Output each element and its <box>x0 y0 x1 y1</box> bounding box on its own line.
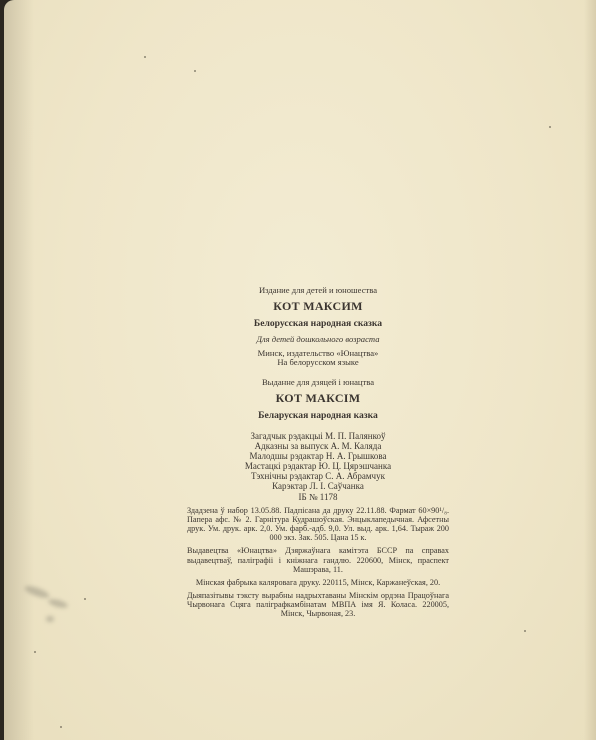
paper-speck <box>144 56 146 58</box>
book-page: Издание для детей и юношества КОТ МАКСИМ… <box>4 0 596 740</box>
page-edge-shadow-right <box>584 0 596 740</box>
colophon: Издание для детей и юношества КОТ МАКСИМ… <box>187 286 449 619</box>
color-printer: Мінская фабрыка каляровага друку. 220115… <box>187 578 449 587</box>
paper-speck <box>34 651 36 653</box>
ink-smudge <box>47 598 68 610</box>
belarusian-imprint: Выданне для дзяцей і юнацтва КОТ МАКСІМ … <box>187 378 449 421</box>
book-subtitle-be: Беларуская народная казка <box>187 410 449 421</box>
paper-speck <box>549 126 551 128</box>
paper-speck <box>524 630 526 632</box>
credit-line: Адказны за выпуск А. М. Каляда <box>187 441 449 451</box>
publisher-address: Выдавецтва «Юнацтва» Дзяржаўнага камітэт… <box>187 546 449 574</box>
print-details: Здадзена ў набор 13.05.88. Падпісана да … <box>187 506 449 619</box>
book-title-ru: КОТ МАКСИМ <box>187 300 449 314</box>
ink-smudge <box>46 616 54 622</box>
page-edge-shadow-left <box>4 0 34 740</box>
credit-line: Карэктар Л. І. Саўчанка <box>187 481 449 491</box>
production-details: Здадзена ў набор 13.05.88. Падпісана да … <box>187 506 449 543</box>
language-note-ru: На белорусском языке <box>187 358 449 368</box>
russian-imprint: Издание для детей и юношества КОТ МАКСИМ… <box>187 286 449 368</box>
credit-line: Малодшы рэдактар Н. А. Грышкова <box>187 451 449 461</box>
credit-line: Загадчык рэдакцыі М. П. Палянкоў <box>187 431 449 441</box>
credit-line: Тэхнічны рэдактар С. А. Абрамчук <box>187 471 449 481</box>
book-subtitle-ru: Белорусская народная сказка <box>187 318 449 329</box>
credits-list: Загадчык рэдакцыі М. П. Палянкоў Адказны… <box>187 431 449 502</box>
slides-printer: Дыяпазітывы тэксту вырабны надрыхтаваны … <box>187 591 449 619</box>
paper-speck <box>60 726 62 728</box>
edition-for-ru: Издание для детей и юношества <box>187 286 449 296</box>
audience-ru: Для детей дошкольного возраста <box>187 335 449 345</box>
credit-line: Мастацкі рэдактар Ю. Ц. Цярэшчанка <box>187 461 449 471</box>
edition-for-be: Выданне для дзяцей і юнацтва <box>187 378 449 388</box>
book-title-be: КОТ МАКСІМ <box>187 392 449 406</box>
isbn-line: ІБ № 1178 <box>187 492 449 502</box>
paper-speck <box>194 70 196 72</box>
paper-speck <box>84 598 86 600</box>
